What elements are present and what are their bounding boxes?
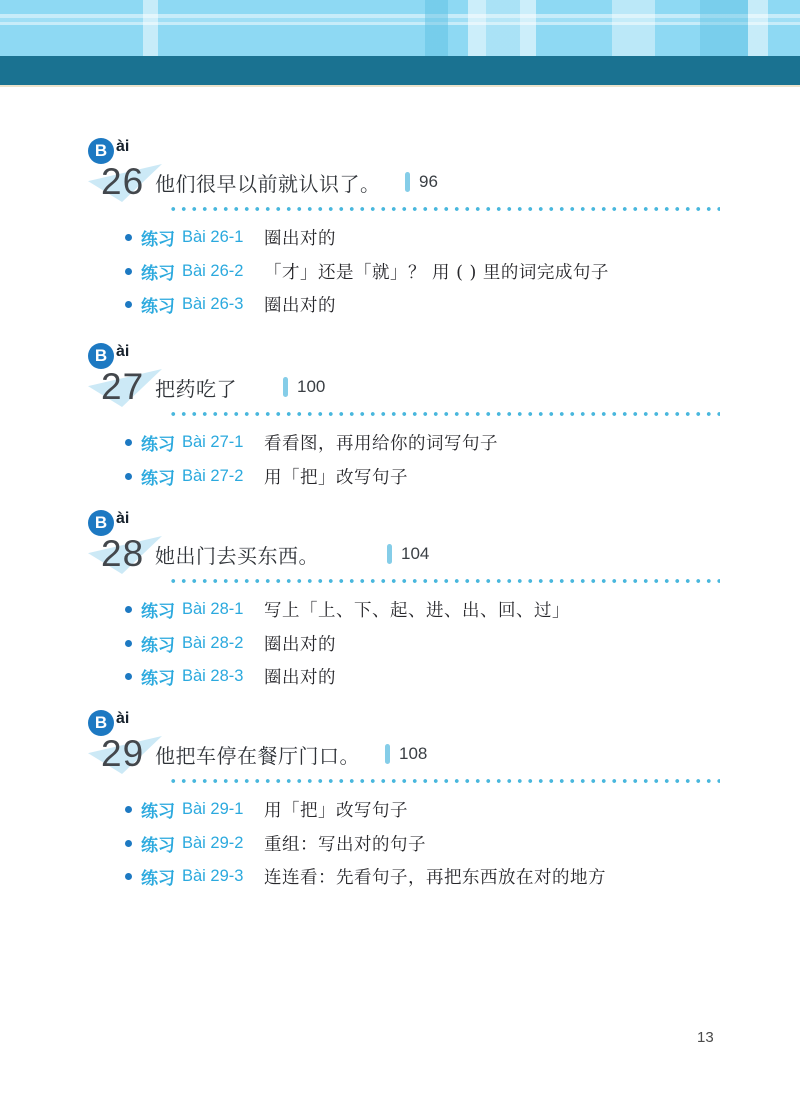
exercise-description: 「才」还是「就」？ 用 ( ) 里的词完成句子 [264, 259, 609, 284]
bai-suffix: ài [116, 343, 129, 361]
decor-teal-band [0, 56, 800, 87]
exercise-description: 写上「上、下、起、进、出、回、过」 [264, 597, 570, 622]
exercise-description: 圈出对的 [264, 664, 336, 689]
lesson-section-28: B ài 28 她出门去买东西。 104 练习 Bài 28-1 写上「上、下、… [88, 510, 750, 694]
bullet-icon [125, 301, 132, 308]
bullet-icon [125, 673, 132, 680]
exercise-code: Bài 27-2 [182, 467, 256, 486]
exercise-description: 重组：写出对的句子 [264, 831, 426, 856]
exercise-row: 练习 Bài 26-2 「才」还是「就」？ 用 ( ) 里的词完成句子 [88, 255, 750, 289]
page-reference: 108 [385, 744, 427, 764]
lesson-title: 她出门去买东西。 [155, 540, 319, 569]
exercise-row: 练习 Bài 28-3 圈出对的 [88, 660, 750, 694]
exercise-label: 练习 [141, 597, 175, 622]
bai-circle-icon: B [88, 138, 114, 164]
dotted-divider [168, 578, 720, 584]
exercise-label: 练习 [141, 259, 175, 284]
exercise-description: 圈出对的 [264, 631, 336, 656]
dotted-divider [168, 206, 720, 212]
bai-circle-icon: B [88, 710, 114, 736]
page-ref-bar-icon [385, 744, 390, 764]
exercise-description: 看看图，再用给你的词写句子 [264, 430, 498, 455]
exercise-row: 练习 Bài 29-1 用「把」改写句子 [88, 793, 750, 827]
bullet-icon [125, 840, 132, 847]
decor-plaid-band [0, 0, 800, 56]
bai-badge: B ài [88, 510, 750, 538]
lesson-title: 把药吃了 [155, 373, 237, 402]
exercise-label: 练习 [141, 831, 175, 856]
exercise-code: Bài 26-1 [182, 228, 256, 247]
exercise-code: Bài 26-3 [182, 295, 256, 314]
exercise-code: Bài 29-3 [182, 867, 256, 886]
lesson-title: 他把车停在餐厅门口。 [155, 740, 360, 769]
exercise-description: 用「把」改写句子 [264, 464, 408, 489]
page-reference: 104 [387, 544, 429, 564]
bullet-icon [125, 873, 132, 880]
exercise-row: 练习 Bài 26-1 圈出对的 [88, 221, 750, 255]
exercise-description: 用「把」改写句子 [264, 797, 408, 822]
lesson-section-27: B ài 27 把药吃了 100 练习 Bài 27-1 看看图，再用给你的词写… [88, 343, 750, 493]
page-ref-number: 104 [401, 544, 429, 564]
lesson-title-row: 29 他把车停在餐厅门口。 108 [88, 734, 750, 774]
exercise-list: 练习 Bài 27-1 看看图，再用给你的词写句子 练习 Bài 27-2 用「… [88, 426, 750, 493]
exercise-label: 练习 [141, 864, 175, 889]
exercise-row: 练习 Bài 27-2 用「把」改写句子 [88, 460, 750, 494]
bullet-icon [125, 473, 132, 480]
bai-suffix: ài [116, 138, 129, 156]
exercise-label: 练习 [141, 464, 175, 489]
bai-badge: B ài [88, 343, 750, 371]
exercise-label: 练习 [141, 664, 175, 689]
bai-badge: B ài [88, 710, 750, 738]
bai-circle-icon: B [88, 510, 114, 536]
exercise-label: 练习 [141, 797, 175, 822]
page-number: 13 [697, 1029, 714, 1046]
lesson-number: 28 [101, 533, 155, 575]
dotted-divider [168, 411, 720, 417]
lesson-title: 他们很早以前就认识了。 [155, 168, 381, 197]
dotted-divider [168, 778, 720, 784]
lesson-number: 29 [101, 733, 155, 775]
exercise-row: 练习 Bài 27-1 看看图，再用给你的词写句子 [88, 426, 750, 460]
page-reference: 96 [405, 172, 438, 192]
lesson-title-row: 26 他们很早以前就认识了。 96 [88, 162, 750, 202]
lesson-section-26: B ài 26 他们很早以前就认识了。 96 练习 Bài 26-1 圈出对的 … [88, 138, 750, 322]
exercise-row: 练习 Bài 26-3 圈出对的 [88, 288, 750, 322]
exercise-code: Bài 28-3 [182, 667, 256, 686]
bullet-icon [125, 268, 132, 275]
lesson-number: 27 [101, 366, 155, 408]
exercise-description: 圈出对的 [264, 225, 336, 250]
exercise-list: 练习 Bài 28-1 写上「上、下、起、进、出、回、过」 练习 Bài 28-… [88, 593, 750, 694]
page-ref-bar-icon [387, 544, 392, 564]
page-ref-number: 96 [419, 172, 438, 192]
exercise-code: Bài 28-2 [182, 634, 256, 653]
bullet-icon [125, 606, 132, 613]
exercise-code: Bài 29-1 [182, 800, 256, 819]
bullet-icon [125, 806, 132, 813]
exercise-label: 练习 [141, 292, 175, 317]
page-ref-number: 100 [297, 377, 325, 397]
exercise-list: 练习 Bài 29-1 用「把」改写句子 练习 Bài 29-2 重组：写出对的… [88, 793, 750, 894]
exercise-row: 练习 Bài 29-3 连连看：先看句子，再把东西放在对的地方 [88, 860, 750, 894]
exercise-code: Bài 26-2 [182, 262, 256, 281]
bullet-icon [125, 640, 132, 647]
page-reference: 100 [283, 377, 325, 397]
exercise-label: 练习 [141, 225, 175, 250]
bullet-icon [125, 439, 132, 446]
exercise-label: 练习 [141, 631, 175, 656]
exercise-description: 圈出对的 [264, 292, 336, 317]
exercise-list: 练习 Bài 26-1 圈出对的 练习 Bài 26-2 「才」还是「就」？ 用… [88, 221, 750, 322]
lesson-number: 26 [101, 161, 155, 203]
page-ref-number: 108 [399, 744, 427, 764]
page-ref-bar-icon [283, 377, 288, 397]
exercise-label: 练习 [141, 430, 175, 455]
bullet-icon [125, 234, 132, 241]
bai-circle-icon: B [88, 343, 114, 369]
lesson-title-row: 28 她出门去买东西。 104 [88, 534, 750, 574]
page-ref-bar-icon [405, 172, 410, 192]
bai-badge: B ài [88, 138, 750, 166]
bai-suffix: ài [116, 510, 129, 528]
exercise-row: 练习 Bài 28-1 写上「上、下、起、进、出、回、过」 [88, 593, 750, 627]
bai-suffix: ài [116, 710, 129, 728]
exercise-code: Bài 29-2 [182, 834, 256, 853]
exercise-row: 练习 Bài 29-2 重组：写出对的句子 [88, 827, 750, 861]
lesson-section-29: B ài 29 他把车停在餐厅门口。 108 练习 Bài 29-1 用「把」改… [88, 710, 750, 894]
lesson-title-row: 27 把药吃了 100 [88, 367, 750, 407]
exercise-code: Bài 27-1 [182, 433, 256, 452]
exercise-description: 连连看：先看句子，再把东西放在对的地方 [264, 864, 606, 889]
exercise-row: 练习 Bài 28-2 圈出对的 [88, 627, 750, 661]
exercise-code: Bài 28-1 [182, 600, 256, 619]
